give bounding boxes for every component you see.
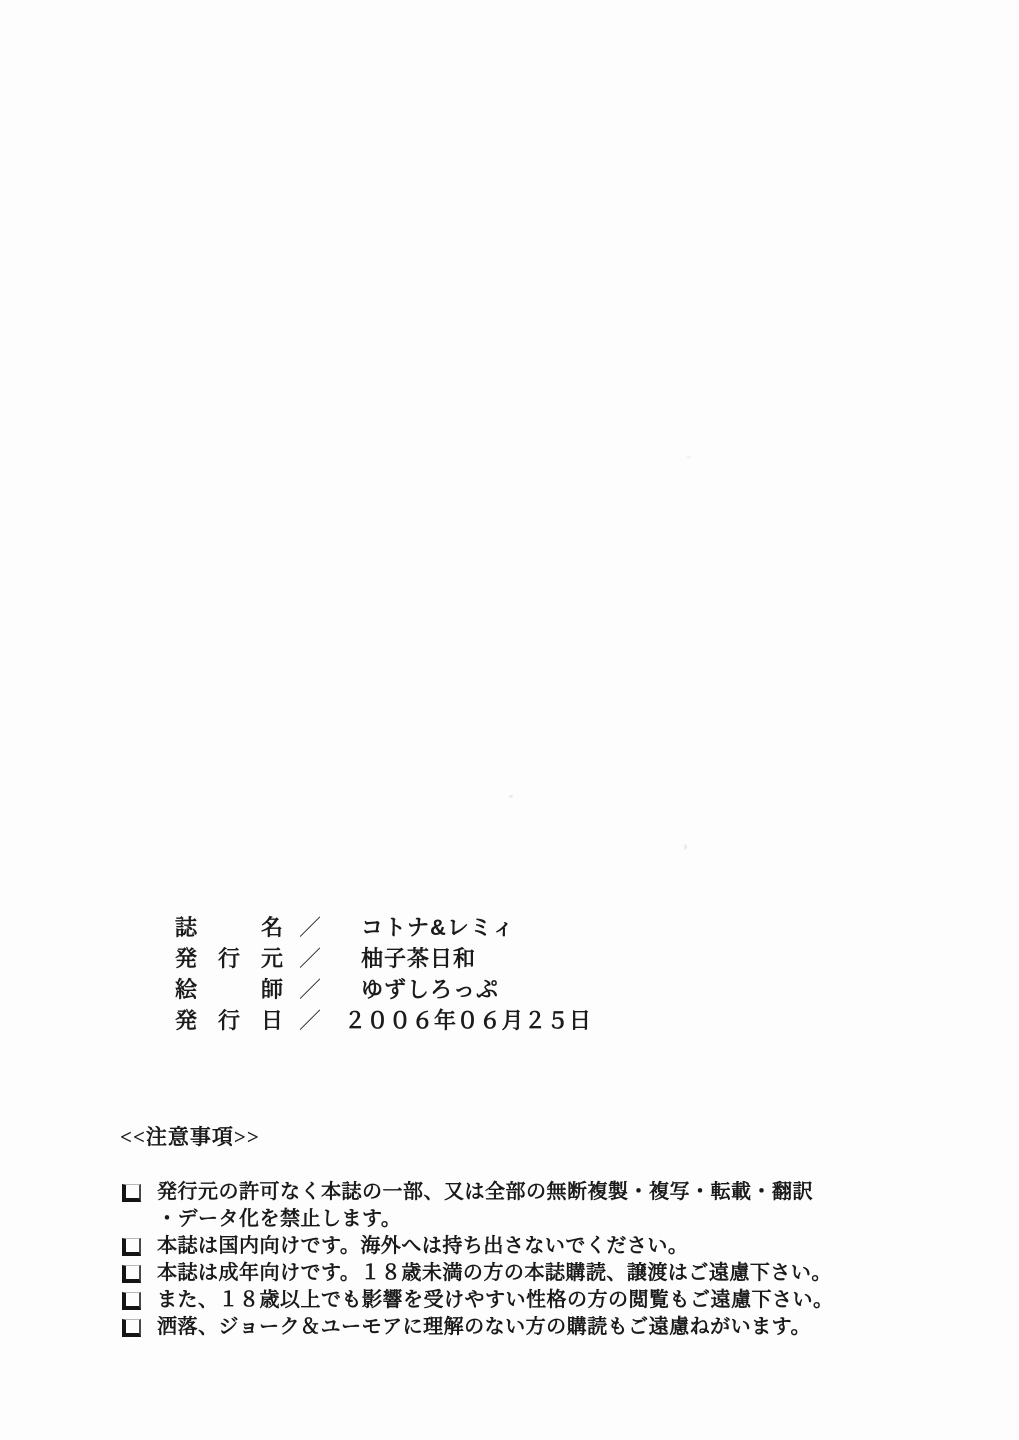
colophon-row-title: 誌名 ／ コトナ&レミィ <box>175 911 592 942</box>
square-bullet-icon <box>122 1319 141 1337</box>
colophon-label-artist: 絵師 <box>175 973 283 1004</box>
colophon-row-date: 発行日 ／ ２００６年０６月２５日 <box>175 1004 592 1035</box>
colophon-value-date: ２００６年０６月２５日 <box>344 1004 592 1035</box>
slash-separator: ／ <box>299 911 321 942</box>
slash-separator: ／ <box>299 942 321 973</box>
notice-item: 本誌は国内向けです。海外へは持ち出さないでください。 <box>120 1233 900 1260</box>
colophon-label-title: 誌名 <box>175 911 283 942</box>
scan-speck <box>509 795 513 798</box>
square-bullet-icon <box>122 1265 141 1283</box>
scan-speck <box>684 844 687 850</box>
notice-text: 発行元の許可なく本誌の一部、又は全部の無断複製・複写・転載・翻訳 ・データ化を禁… <box>157 1179 813 1233</box>
notices-heading: <<注意事項>> <box>120 1121 900 1151</box>
slash-separator: ／ <box>299 1004 321 1035</box>
colophon-value-title: コトナ&レミィ <box>361 911 515 942</box>
scan-speck <box>686 456 691 459</box>
square-bullet-icon <box>122 1292 141 1310</box>
notice-text: 本誌は国内向けです。海外へは持ち出さないでください。 <box>157 1233 688 1260</box>
notice-text: また、１８歳以上でも影響を受けやすい性格の方の閲覧もご遠慮下さい。 <box>157 1287 834 1314</box>
square-bullet-icon <box>122 1238 141 1256</box>
colophon-block: 誌名 ／ コトナ&レミィ 発行元 ／ 柚子茶日和 絵師 ／ ゆずしろっぷ 発行日… <box>175 911 592 1035</box>
square-bullet-icon <box>122 1184 141 1202</box>
colophon-value-publisher: 柚子茶日和 <box>361 942 476 973</box>
notice-item: また、１８歳以上でも影響を受けやすい性格の方の閲覧もご遠慮下さい。 <box>120 1287 900 1314</box>
colophon-label-date: 発行日 <box>175 1004 283 1035</box>
slash-separator: ／ <box>299 973 321 1004</box>
notices-block: <<注意事項>> 発行元の許可なく本誌の一部、又は全部の無断複製・複写・転載・翻… <box>120 1121 900 1341</box>
scanned-colophon-page: 誌名 ／ コトナ&レミィ 発行元 ／ 柚子茶日和 絵師 ／ ゆずしろっぷ 発行日… <box>0 0 1019 1440</box>
colophon-value-artist: ゆずしろっぷ <box>361 973 499 1004</box>
notices-list: 発行元の許可なく本誌の一部、又は全部の無断複製・複写・転載・翻訳 ・データ化を禁… <box>120 1179 900 1341</box>
notice-item: 本誌は成年向けです。１８歳未満の方の本誌購読、譲渡はご遠慮下さい。 <box>120 1260 900 1287</box>
notice-text: 本誌は成年向けです。１８歳未満の方の本誌購読、譲渡はご遠慮下さい。 <box>157 1260 832 1287</box>
colophon-row-publisher: 発行元 ／ 柚子茶日和 <box>175 942 592 973</box>
colophon-row-artist: 絵師 ／ ゆずしろっぷ <box>175 973 592 1004</box>
colophon-label-publisher: 発行元 <box>175 942 283 973</box>
notice-item: 洒落、ジョーク＆ユーモアに理解のない方の購読もご遠慮ねがいます。 <box>120 1314 900 1341</box>
notice-item: 発行元の許可なく本誌の一部、又は全部の無断複製・複写・転載・翻訳 ・データ化を禁… <box>120 1179 900 1233</box>
notice-text: 洒落、ジョーク＆ユーモアに理解のない方の購読もご遠慮ねがいます。 <box>157 1314 811 1341</box>
